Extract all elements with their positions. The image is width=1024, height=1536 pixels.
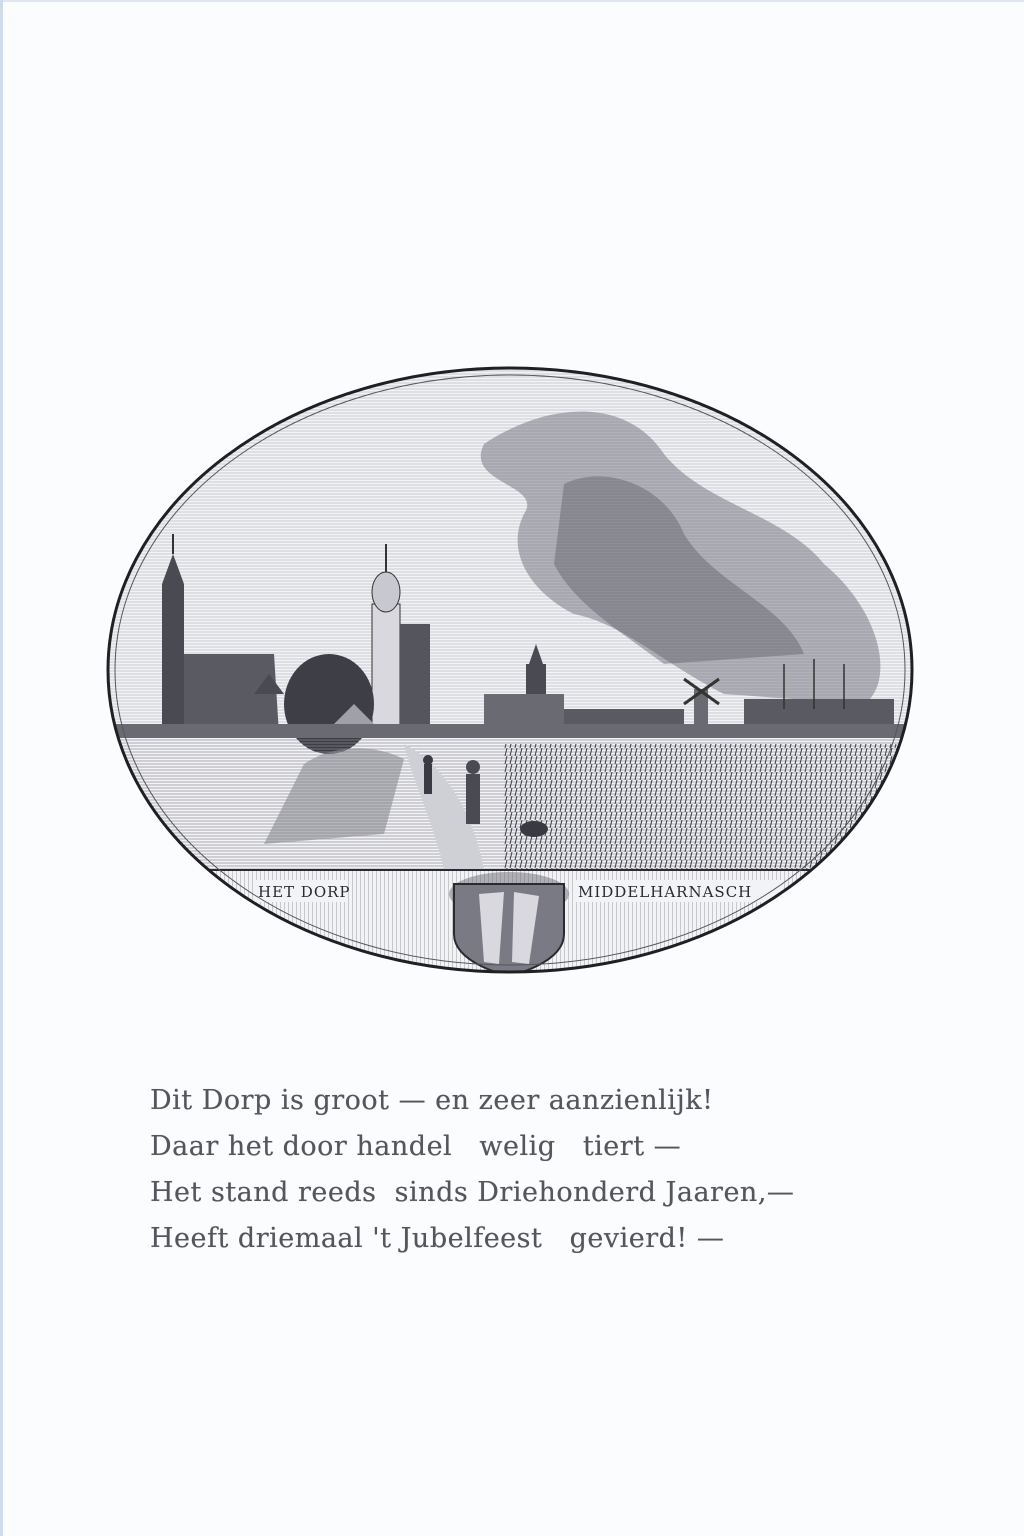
poem-line: Het stand reeds sinds Driehonderd Jaaren…: [150, 1170, 930, 1216]
poem-line: Dit Dorp is groot — en zeer aanzienlijk!: [150, 1078, 930, 1124]
caption-right: MIDDELHARNASCH: [578, 883, 752, 901]
caption-left: HET DORP: [258, 883, 351, 901]
poem-line: Daar het door handel welig tiert —: [150, 1124, 930, 1170]
poem: Dit Dorp is groot — en zeer aanzienlijk!…: [150, 1078, 930, 1262]
engraving-oval: HET DORP MIDDELHARNASCH: [104, 364, 916, 976]
poem-line: Heeft driemaal 't Jubelfeest gevierd! —: [150, 1216, 930, 1262]
